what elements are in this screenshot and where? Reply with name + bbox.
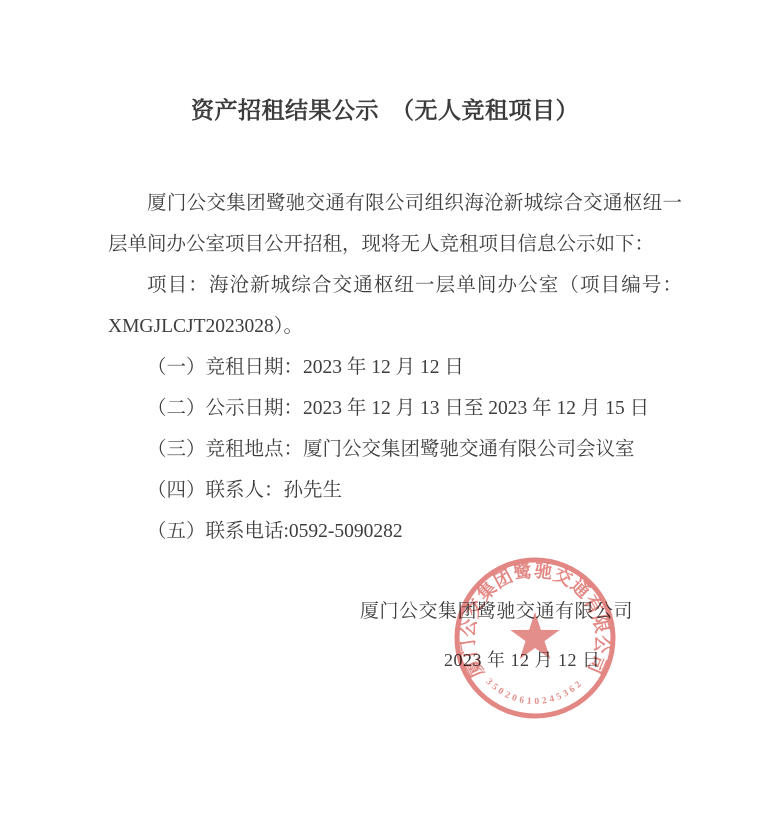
seal-registration-number: 35020610245362 — [483, 677, 584, 707]
signature-company-name: 厦门公交集团鹭驰交通有限公司 — [360, 597, 640, 627]
document-body: 厦门公交集团鹭驰交通有限公司组织海沧新城综合交通枢纽一层单间办公室项目公开招租，… — [108, 183, 682, 552]
signature-date: 2023 年 12 月 12 日 — [444, 645, 601, 675]
intro-paragraph: 厦门公交集团鹭驰交通有限公司组织海沧新城综合交通枢纽一层单间办公室项目公开招租，… — [108, 183, 682, 265]
list-item-location: （三）竞租地点：厦门公交集团鹭驰交通有限公司会议室 — [108, 429, 682, 470]
document-page: 资产招租结果公示 （无人竞租项目） 厦门公交集团鹭驰交通有限公司组织海沧新城综合… — [0, 0, 770, 815]
svg-text:35020610245362: 35020610245362 — [483, 677, 584, 707]
list-item-publicity-date: （二）公示日期：2023 年 12 月 13 日至 2023 年 12 月 15… — [108, 388, 682, 429]
list-item-contact-person: （四）联系人：孙先生 — [108, 470, 682, 511]
company-seal-stamp-icon: 厦门公交集团鹭驰交通有限公司 35020610245362 — [452, 555, 618, 721]
seal-ring — [457, 560, 613, 716]
list-item-bid-date: （一）竞租日期：2023 年 12 月 12 日 — [108, 347, 682, 388]
project-paragraph: 项目：海沧新城综合交通枢纽一层单间办公室（项目编号：XMGJLCJT202302… — [108, 265, 682, 347]
page-title: 资产招租结果公示 （无人竞租项目） — [0, 0, 770, 126]
signature-block: 厦门公交集团鹭驰交通有限公司 2023 年 12 月 12 日 — [360, 597, 640, 627]
list-item-contact-phone: （五）联系电话:0592-5090282 — [108, 511, 682, 552]
